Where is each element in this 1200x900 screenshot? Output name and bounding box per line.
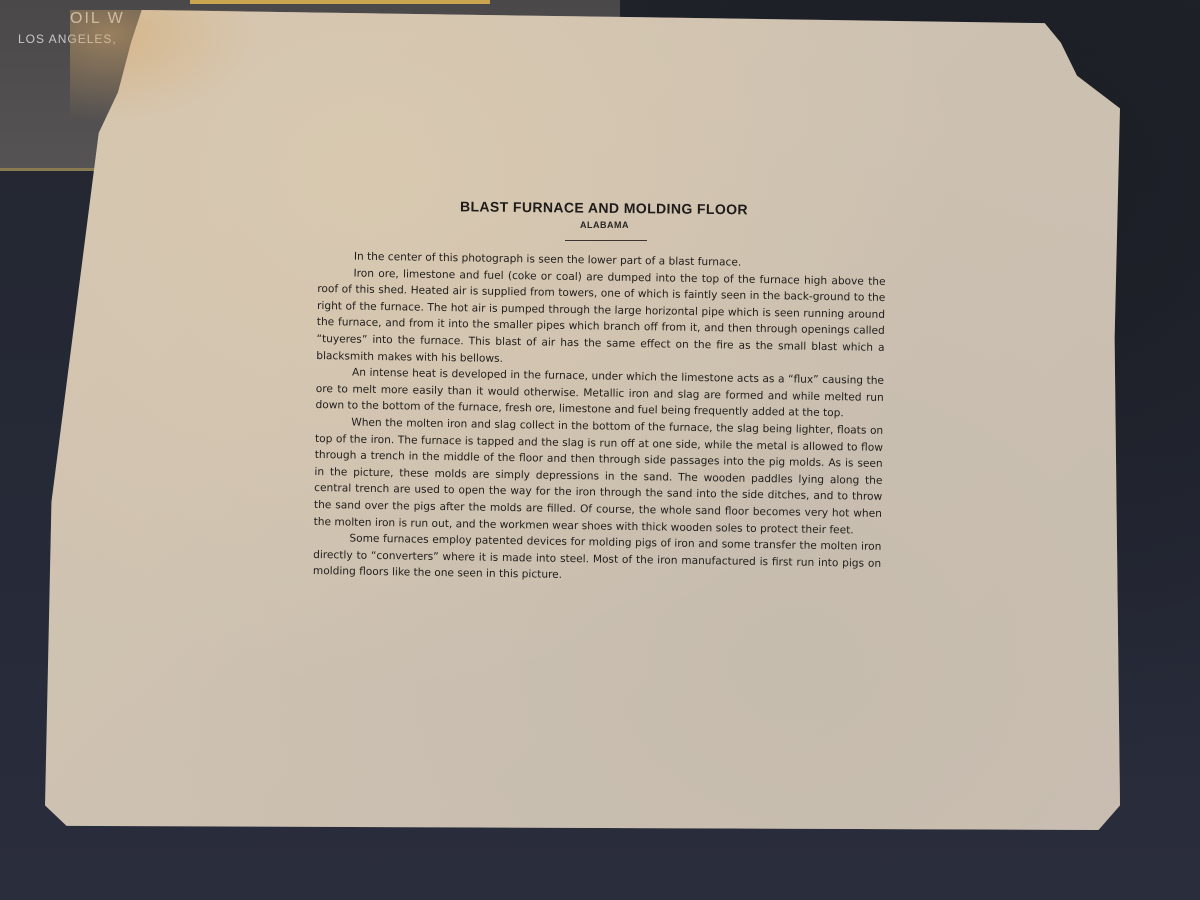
document-subtitle: ALABAMA xyxy=(580,220,629,230)
title-rule xyxy=(565,240,647,241)
paragraph: Iron ore, limestone and fuel (coke or co… xyxy=(316,265,885,373)
document-title: BLAST FURNACE AND MOLDING FLOOR xyxy=(460,198,782,217)
paragraph: When the molten iron and slag collect in… xyxy=(314,414,884,539)
paragraph: Some furnaces employ patented devices fo… xyxy=(313,530,882,589)
edge-stain xyxy=(70,10,270,130)
gold-edge xyxy=(190,0,490,4)
paragraph: An intense heat is developed in the furn… xyxy=(315,364,884,423)
document-body: In the center of this photograph is seen… xyxy=(313,248,886,589)
